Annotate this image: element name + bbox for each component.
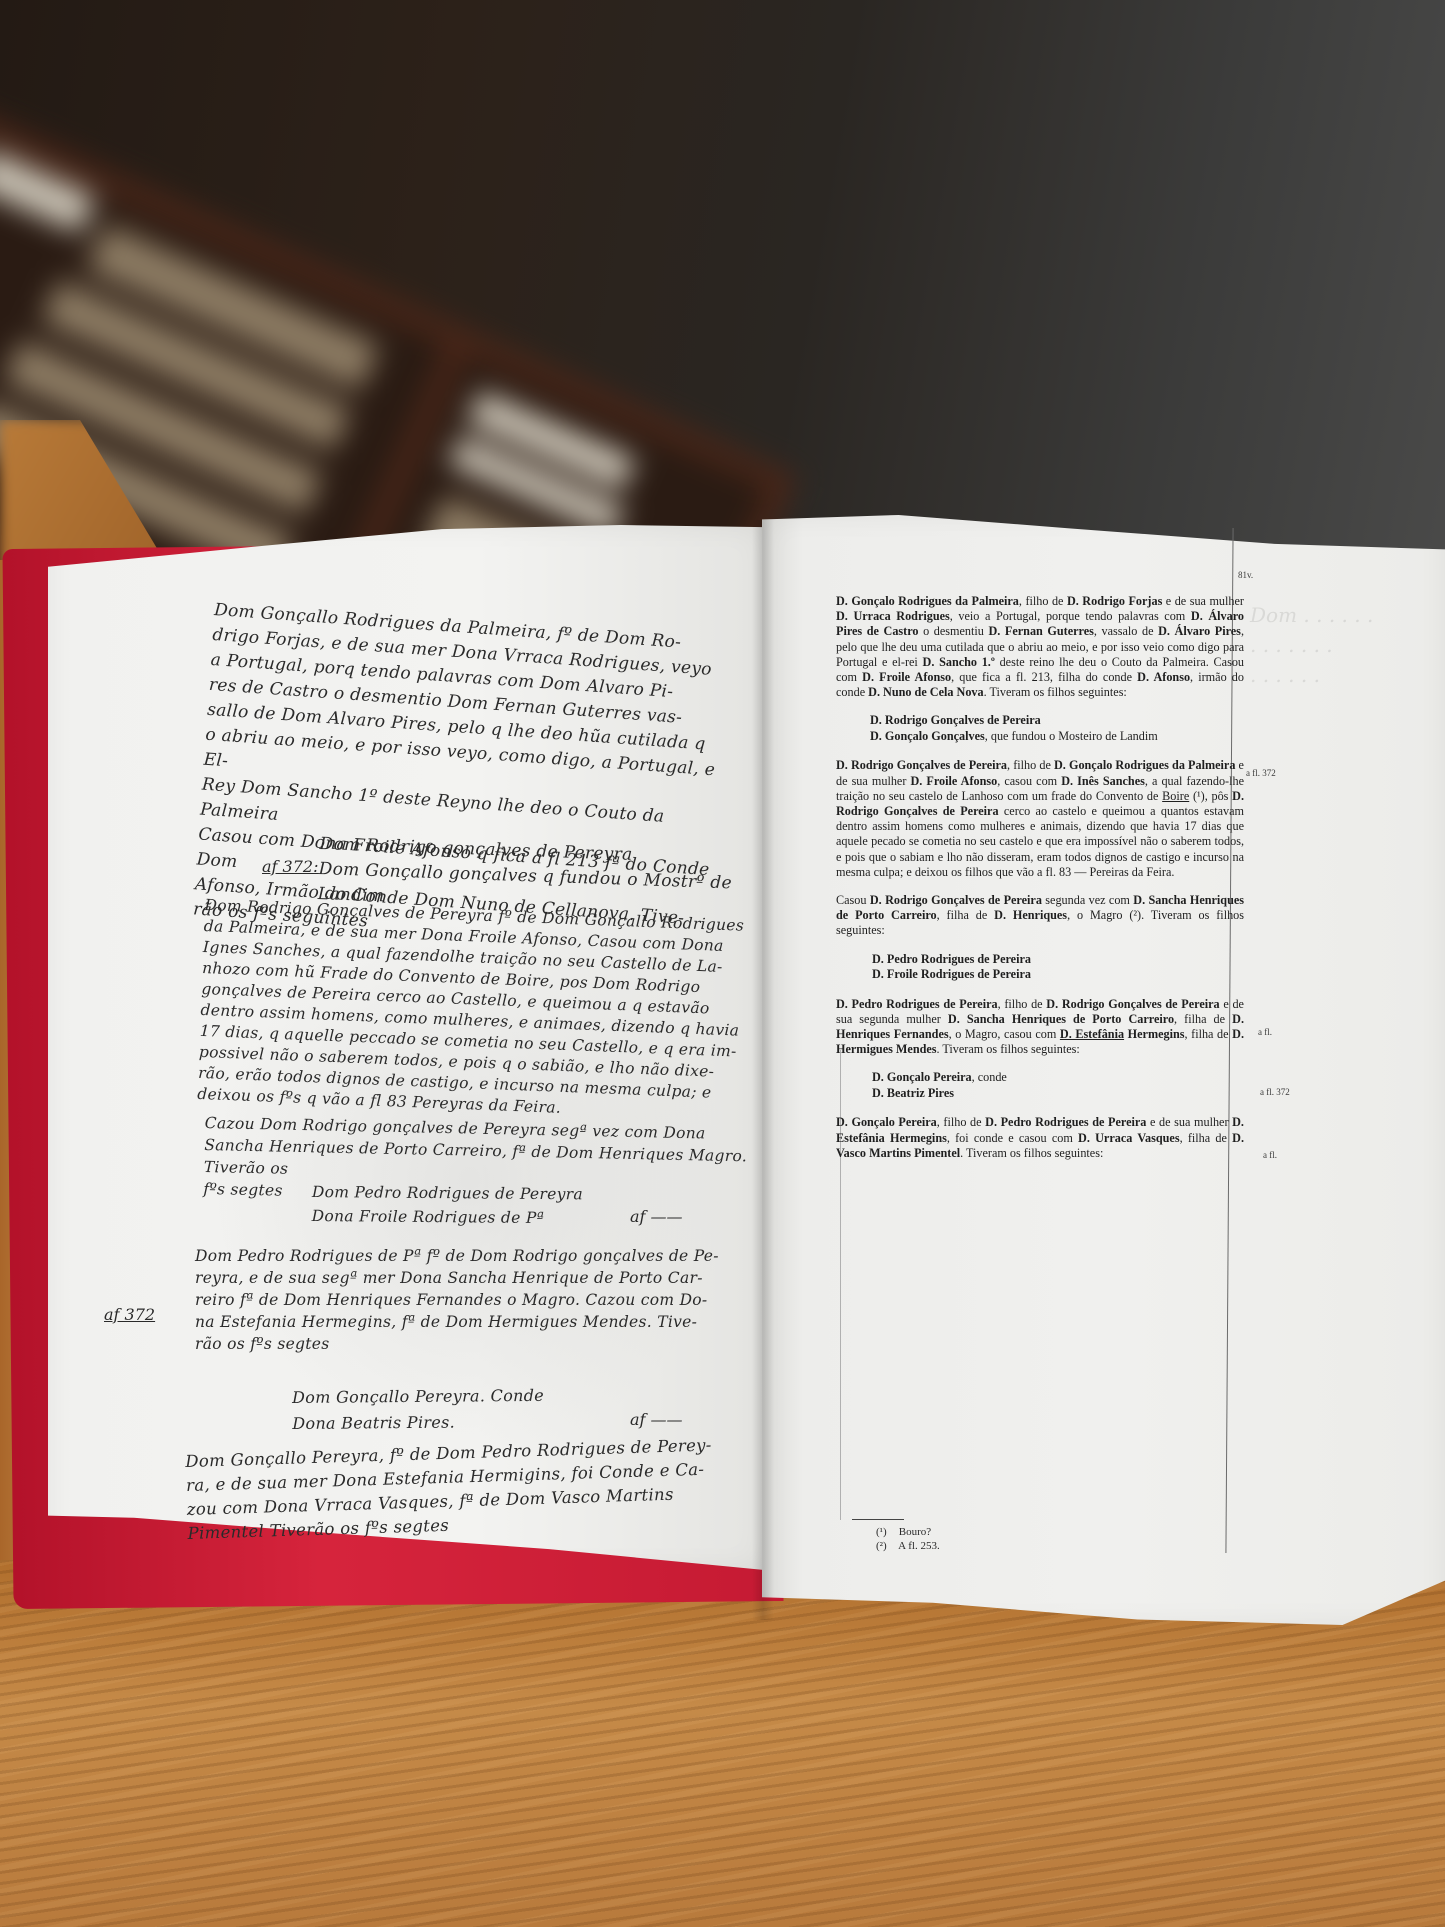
person-name: D. Rodrigo Gonçalves de Pereira [870, 893, 1042, 907]
text-segment: segunda vez com [1042, 893, 1133, 907]
person-name: D. Gonçalo Rodrigues da Palmeira [1054, 758, 1235, 772]
person-name: D. Pedro Rodrigues de Pereira [985, 1115, 1146, 1129]
paragraph-4: D. Pedro Rodrigues de Pereira, filho de … [836, 997, 1244, 1058]
child-name: D. Gonçalo Gonçalves [870, 729, 985, 743]
margin-note-4: a fl. [1263, 1150, 1277, 1160]
manuscript-entry-5: Dom Gonçallo Pereyra, fº de Dom Pedro Ro… [185, 1432, 758, 1546]
paragraph-5: D. Gonçalo Pereira, filho de D. Pedro Ro… [836, 1115, 1244, 1161]
text-segment: , filho de [1019, 594, 1067, 608]
person-name: D. Froile Afonso [910, 774, 997, 788]
person-name: D. Estefânia [1060, 1027, 1124, 1041]
ms-line: Rey Dom Sancho 1º deste Reyno lhe deo o … [200, 775, 665, 827]
paragraph-3: Casou D. Rodrigo Gonçalves de Pereira se… [836, 893, 1244, 939]
person-name: D. Sancha Henriques de Porto Carreiro [948, 1012, 1174, 1026]
person-name: D. Urraca Vasques [1078, 1131, 1180, 1145]
child-note: , que fundou o Mosteiro de Landim [985, 729, 1158, 743]
person-name: D. Fernan Guterres [988, 624, 1093, 638]
ms-line: Sancha Henriques de Porto Carreiro, fª d… [204, 1136, 748, 1178]
children-list-1: D. Rodrigo Gonçalves de Pereira D. Gonça… [836, 713, 1244, 744]
text-segment: , o Magro, casou com [949, 1027, 1060, 1041]
child-name: D. Froile Rodrigues de Pereira [872, 967, 1031, 981]
text-segment: , filha de [1180, 1131, 1233, 1145]
text-segment: , filho de [1007, 758, 1054, 772]
margin-ref-372-bottom: af 372 [104, 1305, 155, 1324]
child-item: D. Froile Rodrigues de Pereira [872, 967, 1244, 983]
ms-child: Dona Froile Rodrigues de Pª [312, 1207, 545, 1227]
ms-line: Dom Pedro Rodrigues de Pª fº de Dom Rodr… [195, 1247, 719, 1265]
text-segment: Casou [836, 893, 870, 907]
text-segment: , filha de [1174, 1012, 1232, 1026]
ms-child: Dona Beatris Pires. [292, 1413, 455, 1433]
children-list-3: D. Gonçalo Pereira, conde D. Beatriz Pir… [836, 1070, 1244, 1101]
footnote-rule [852, 1519, 904, 1520]
ms-line: rão os fºs segtes [195, 1335, 330, 1353]
margin-note-1: a fl. 372 [1246, 768, 1276, 778]
child-item: D. Pedro Rodrigues de Pereira [872, 952, 1244, 968]
footnote-1: (¹) Bouro? [876, 1525, 940, 1539]
person-name: D. Nuno de Cela Nova [868, 685, 983, 699]
text-segment: , veio a Portugal, porque tendo palavras… [950, 609, 1191, 623]
text-segment: , filho de [937, 1115, 985, 1129]
text-segment: , filho de [998, 997, 1047, 1011]
person-name: D. Rodrigo Gonçalves de Pereira [836, 758, 1007, 772]
text-segment: e de sua mulher [1146, 1115, 1232, 1129]
text-segment: e de sua mulher [1162, 594, 1244, 608]
text-segment: . Tiveram os filhos seguintes: [960, 1146, 1103, 1160]
child-note: , conde [972, 1070, 1007, 1084]
show-through-script: Dom . . . . . .. . . . . . .. . . . . . [1250, 600, 1440, 690]
person-name: D. Froile Afonso [862, 670, 951, 684]
person-name: Hermegins [1124, 1027, 1184, 1041]
child-name: D. Pedro Rodrigues de Pereira [872, 952, 1031, 966]
text-segment: Boire [1162, 789, 1189, 803]
ms-child: Dom Gonçallo gonçalves q fundou o Mostrº… [317, 859, 732, 906]
person-name: D. Gonçalo Rodrigues da Palmeira [836, 594, 1019, 608]
person-name: D. Álvaro Pires [1158, 624, 1241, 638]
text-segment: . Tiveram os filhos seguintes: [984, 685, 1127, 699]
ms-line: reiro fª de Dom Henriques Fernandes o Ma… [195, 1291, 707, 1309]
ms-child: Dom Pedro Rodrigues de Pereyra [312, 1183, 583, 1203]
footnote-number: (²) [876, 1539, 896, 1553]
text-segment: o desmentiu [919, 624, 989, 638]
ms-line: Pimentel Tiverão os fºs segtes [187, 1516, 449, 1543]
manuscript-entry-2: Dom Rodrigo Gonçalves de Pereyra fº de D… [197, 895, 760, 1126]
footnote-number: (¹) [876, 1525, 896, 1539]
footnote-text: A fl. 253. [898, 1540, 940, 1552]
footnote-2: (²) A fl. 253. [876, 1539, 940, 1553]
child-item: D. Beatriz Pires [872, 1086, 1244, 1102]
ms-line: reyra, e de sua segª mer Dona Sancha Hen… [195, 1269, 703, 1287]
text-segment: , foi conde e casou com [947, 1131, 1078, 1145]
person-name: D. Henriques [994, 908, 1067, 922]
child-name: D. Beatriz Pires [872, 1086, 954, 1100]
person-name: D. Pedro Rodrigues de Pereira [836, 997, 998, 1011]
text-segment: , filha de [1185, 1027, 1233, 1041]
paragraph-2: D. Rodrigo Gonçalves de Pereira, filho d… [836, 758, 1244, 880]
manuscript-entry-4: Dom Pedro Rodrigues de Pª fº de Dom Rodr… [195, 1245, 755, 1355]
child-item: D. Rodrigo Gonçalves de Pereira [870, 713, 1244, 729]
child-item: D. Gonçalo Gonçalves, que fundou o Moste… [870, 729, 1244, 745]
transcription-text: D. Gonçalo Rodrigues da Palmeira, filho … [836, 594, 1244, 1174]
ms-line: fºs segtes [203, 1180, 283, 1200]
text-segment: (¹), pôs [1189, 789, 1232, 803]
child-item: D. Gonçalo Pereira, conde [872, 1070, 1244, 1086]
margin-note-3: a fl. 372 [1260, 1087, 1290, 1097]
person-name: D. Afonso [1137, 670, 1190, 684]
child-name: D. Rodrigo Gonçalves de Pereira [870, 713, 1041, 727]
margin-ref-af-2: af —— [630, 1410, 683, 1429]
person-name: D. Inês Sanches [1061, 774, 1145, 788]
margin-ref-af: af —— [630, 1207, 683, 1226]
paragraph-1: D. Gonçalo Rodrigues da Palmeira, filho … [836, 594, 1244, 700]
person-name: D. Gonçalo Pereira [836, 1115, 937, 1129]
child-name: D. Gonçalo Pereira [872, 1070, 972, 1084]
text-segment: , casou com [997, 774, 1061, 788]
footnote-text: Bouro? [899, 1526, 931, 1538]
text-segment: , vassalo de [1094, 624, 1158, 638]
margin-note-2: a fl. [1258, 1027, 1272, 1037]
ms-line: na Estefania Hermegins, fª de Dom Hermig… [195, 1313, 697, 1331]
footnotes: (¹) Bouro? (²) A fl. 253. [876, 1525, 940, 1553]
person-name: D. Urraca Rodrigues [836, 609, 950, 623]
text-segment: . Tiveram os filhos seguintes: [937, 1042, 1080, 1056]
margin-ref-372: af 372: [262, 857, 318, 876]
folio-number: 81v. [1238, 570, 1253, 580]
ms-child: Dom Gonçallo Pereyra. Conde [292, 1386, 544, 1407]
text-segment: , que fica a fl. 213, filha do conde [951, 670, 1137, 684]
person-name: D. Rodrigo Forjas [1067, 594, 1162, 608]
text-segment: , filha de [937, 908, 995, 922]
children-list-2: D. Pedro Rodrigues de Pereira D. Froile … [836, 952, 1244, 983]
person-name: D. Sancho 1.º [923, 655, 995, 669]
person-name: D. Rodrigo Gonçalves de Pereira [1046, 997, 1219, 1011]
